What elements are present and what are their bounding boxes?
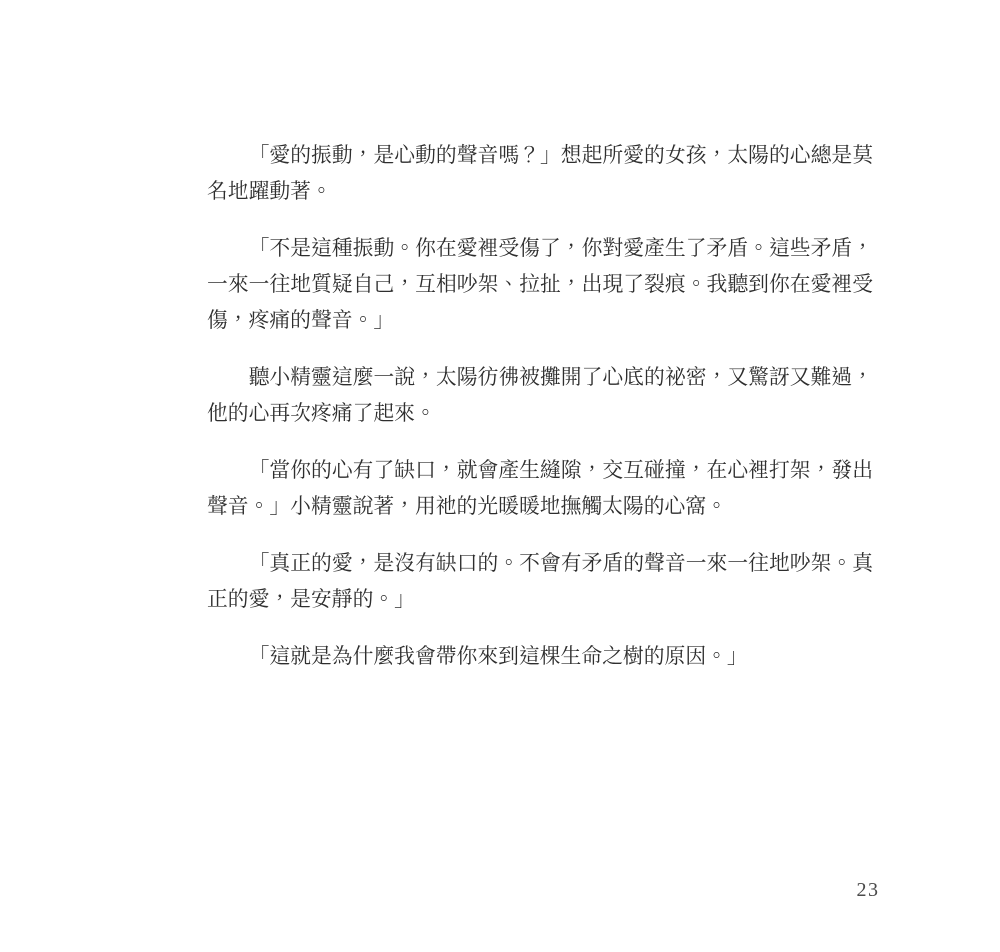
paragraph-5: 「真正的愛，是沒有缺口的。不會有矛盾的聲音一來一往地吵架。真正的愛，是安靜的。」 (207, 546, 873, 618)
paragraph-2: 「不是這種振動。你在愛裡受傷了，你對愛產生了矛盾。這些矛盾，一來一往地質疑自己，… (207, 231, 873, 339)
page-number: 23 (846, 877, 890, 903)
paragraph-1: 「愛的振動，是心動的聲音嗎？」想起所愛的女孩，太陽的心總是莫名地躍動著。 (207, 138, 873, 210)
paragraph-3: 聽小精靈這麼一說，太陽彷彿被攤開了心底的祕密，又驚訝又難過，他的心再次疼痛了起來… (207, 360, 873, 432)
paragraph-4: 「當你的心有了缺口，就會產生縫隙，交互碰撞，在心裡打架，發出聲音。」小精靈說著，… (207, 453, 873, 525)
text-block: 「愛的振動，是心動的聲音嗎？」想起所愛的女孩，太陽的心總是莫名地躍動著。 「不是… (207, 138, 873, 675)
book-page: 「愛的振動，是心動的聲音嗎？」想起所愛的女孩，太陽的心總是莫名地躍動著。 「不是… (0, 0, 1000, 952)
paragraph-6: 「這就是為什麼我會帶你來到這棵生命之樹的原因。」 (207, 639, 873, 675)
